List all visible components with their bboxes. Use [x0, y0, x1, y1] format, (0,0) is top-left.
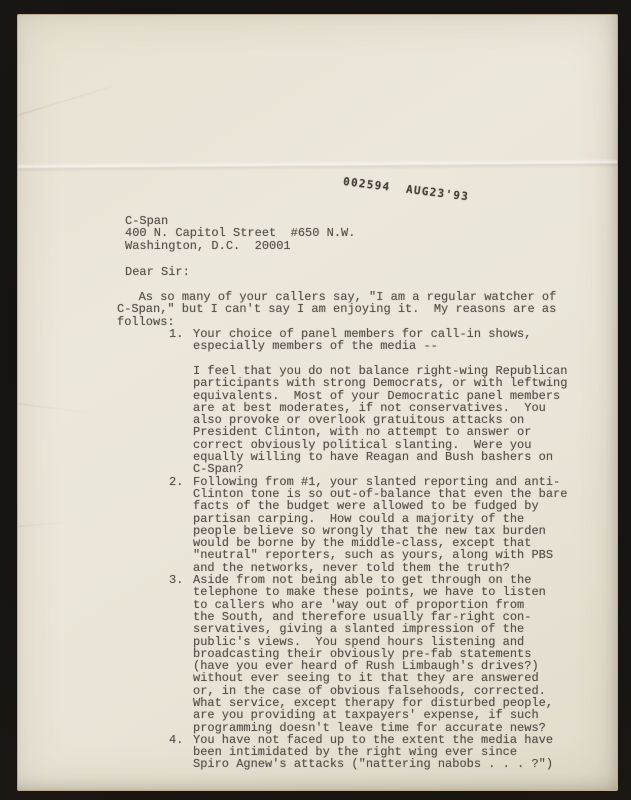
item-text: Your choice of panel members for call-in… [193, 328, 599, 476]
item-text: Aside from not being able to get through… [193, 574, 599, 734]
list-item: 1. Your choice of panel members for call… [169, 328, 599, 476]
fold-crease-corner [17, 85, 114, 119]
item-number: 2. [169, 476, 193, 574]
intro-paragraph: As so many of your callers say, "I am a … [117, 291, 599, 328]
salutation: Dear Sir: [125, 266, 599, 278]
recipient-address: C-Span 400 N. Capitol Street #650 N.W. W… [125, 215, 599, 252]
item-text: Following from #1, your slanted reportin… [193, 476, 599, 574]
list-item: 3. Aside from not being able to get thro… [169, 574, 599, 734]
item-number: 1. [169, 328, 193, 476]
letter-body: C-Span 400 N. Capitol Street #650 N.W. W… [117, 215, 599, 771]
scanned-letter-view: { "colors": { "scan_background": "#17141… [0, 0, 631, 800]
fold-crease-left-lower [17, 520, 80, 528]
list-item: 4. You have not faced up to the extent t… [169, 734, 599, 771]
date-stamp: 002594 AUG23'93 [342, 175, 469, 203]
fold-crease-left-mid [17, 402, 96, 414]
item-number: 3. [169, 574, 193, 734]
item-text: You have not faced up to the extent the … [193, 734, 599, 771]
list-item: 2. Following from #1, your slanted repor… [169, 476, 599, 574]
fold-crease-top [17, 159, 618, 173]
item-number: 4. [169, 734, 193, 771]
letter-page: 002594 AUG23'93 C-Span 400 N. Capitol St… [17, 14, 618, 791]
